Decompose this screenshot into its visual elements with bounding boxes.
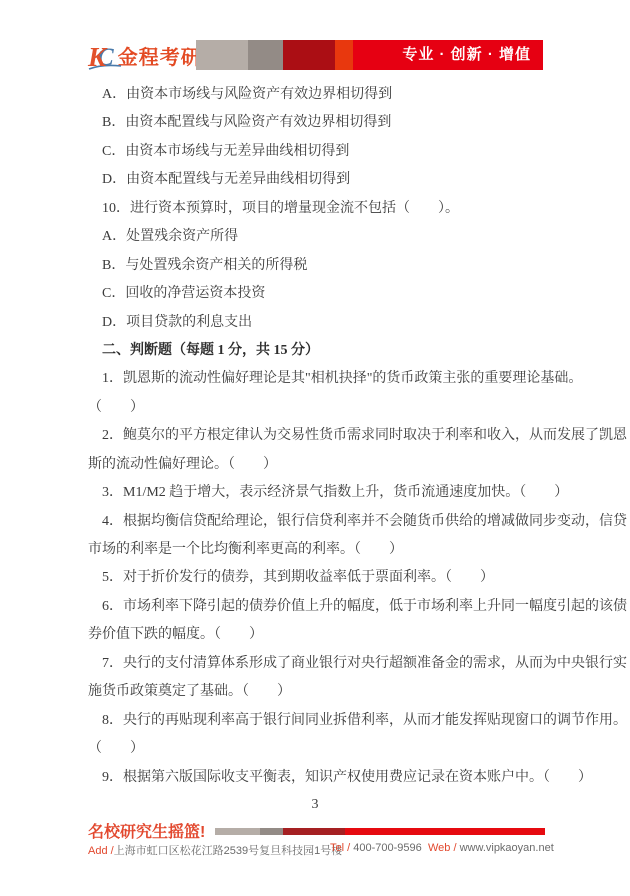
logo-monogram-k: K (88, 44, 106, 70)
document-line: A．由资本市场线与风险资产有效边界相切得到 (88, 81, 553, 109)
document-line: 斯的流动性偏好理论。（ ） (88, 451, 553, 479)
brand-logo: K C 金程考研 (88, 40, 202, 70)
document-line: 施货币政策奠定了基础。（ ） (88, 678, 553, 706)
document-line: 9．根据第六版国际收支平衡表，知识产权使用费应记录在资本账户中。（ ） (88, 764, 553, 792)
header-slogan: 专业 · 创新 · 增值 (353, 40, 543, 70)
footer-tel-value: 400-700-9596 (353, 842, 422, 854)
color-bar-segment (283, 828, 345, 835)
document-line: D．由资本配置线与无差异曲线相切得到 (88, 166, 553, 194)
document-line: 市场的利率是一个比均衡利率更高的利率。（ ） (88, 536, 553, 564)
document-line: 4．根据均衡信贷配给理论，银行信贷利率并不会随货币供给的增减做同步变动，信贷 (88, 508, 553, 536)
color-bar-segment (260, 828, 283, 835)
document-line: B．由资本配置线与风险资产有效边界相切得到 (88, 109, 553, 137)
document-line: 10．进行资本预算时，项目的增量现金流不包括（ ）。 (88, 195, 553, 223)
document-line: 券价值下跌的幅度。（ ） (88, 621, 553, 649)
document-line: 3．M1/M2 趋于增大，表示经济景气指数上升，货币流通速度加快。（ ） (88, 479, 553, 507)
document-line: C．由资本市场线与无差异曲线相切得到 (88, 138, 553, 166)
document-line: （ ） (88, 394, 553, 422)
footer-address: Add /上海市虹口区松花江路2539号复旦科技园1号楼 (88, 842, 342, 858)
document-line: 2．鲍莫尔的平方根定律认为交易性货币需求同时取决于利率和收入，从而发展了凯恩 (88, 422, 553, 450)
document-line: C．回收的净营运资本投资 (88, 280, 553, 308)
document-body: A．由资本市场线与风险资产有效边界相切得到B．由资本配置线与风险资产有效边界相切… (88, 81, 553, 792)
brand-name: 金程考研 (118, 46, 202, 70)
document-line: 6．市场利率下降引起的债券价值上升的幅度，低于市场利率上升同一幅度引起的该债 (88, 593, 553, 621)
footer-color-bar (215, 828, 545, 835)
document-line: （ ） (88, 735, 553, 763)
footer-web-label: Web / (428, 842, 457, 854)
footer-tel-label: Tel / (330, 842, 350, 854)
footer-contacts: Add /上海市虹口区松花江路2539号复旦科技园1号楼 Tel / 400-7… (0, 842, 630, 858)
document-line: B．与处置残余资产相关的所得税 (88, 252, 553, 280)
document-line: 5．对于折价发行的债券，其到期收益率低于票面利率。（ ） (88, 564, 553, 592)
document-line: 8．央行的再贴现利率高于银行间同业拆借利率，从而才能发挥贴现窗口的调节作用。 (88, 707, 553, 735)
color-bar-segment (345, 828, 545, 835)
document-line: D．项目贷款的利息支出 (88, 309, 553, 337)
color-bar-segment (283, 40, 335, 70)
document-line: 1．凯恩斯的流动性偏好理论是其"相机抉择"的货币政策主张的重要理论基础。 (88, 365, 553, 393)
color-bar-segment (335, 40, 353, 70)
document-line: A．处置残余资产所得 (88, 223, 553, 251)
document-line: 二、判断题（每题 1 分，共 15 分） (88, 337, 553, 365)
footer-web-value: www.vipkaoyan.net (460, 842, 554, 854)
footer-tagline: 名校研究生摇篮! (88, 819, 205, 842)
color-bar-segment (215, 828, 260, 835)
footer-address-value: 上海市虹口区松花江路2539号复旦科技园1号楼 (114, 845, 343, 857)
page-number: 3 (0, 797, 630, 813)
footer-tel: Tel / 400-700-9596 (330, 842, 422, 854)
document-line: 7．央行的支付清算体系形成了商业银行对央行超额准备金的需求，从而为中央银行实 (88, 650, 553, 678)
color-bar-segment (248, 40, 283, 70)
footer-web: Web / www.vipkaoyan.net (428, 842, 554, 854)
footer-address-label: Add / (88, 845, 114, 857)
color-bar-segment (196, 40, 248, 70)
